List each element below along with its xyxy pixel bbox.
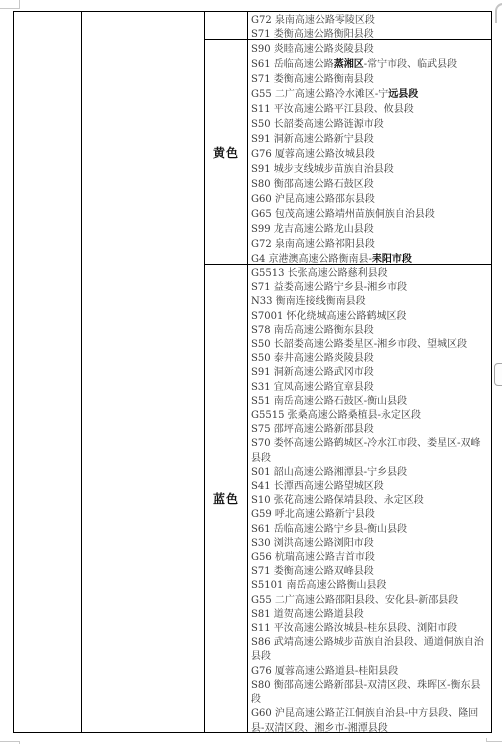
table-row: S50 长韶娄高速公路涟源市段 bbox=[251, 117, 489, 132]
crop-mark-bottom-right-horizontal bbox=[486, 741, 502, 742]
table-row: S50 泰井高速公路炎陵县段 bbox=[251, 352, 489, 366]
row-label-blue: 蓝色 bbox=[205, 265, 248, 732]
column-empty-b bbox=[82, 12, 205, 732]
highway-list-blue: G5513 长张高速公路慈利县段S71 益娄高速公路宁乡县-湘乡市段N33 衡南… bbox=[248, 265, 491, 732]
table-row: S91 洞新高速公路新宁县段 bbox=[251, 132, 489, 147]
table-row: S71 娄衡高速公路双峰县段 bbox=[251, 565, 489, 579]
highway-list-yellow: S90 炎睦高速公路炎陵县段S61 岳临高速公路蒸湘区-常宁市段、临武县段S71… bbox=[248, 40, 491, 265]
table-row: S70 娄怀高速公路鹤城区-冷水江市段、娄星区-双峰县段 bbox=[251, 437, 489, 465]
table-row: N33 衡南连接线衡南县段 bbox=[251, 295, 489, 309]
table-row: S30 浏洪高速公路浏阳市段 bbox=[251, 537, 489, 551]
table-row: S5101 南岳高速公路衡山县段 bbox=[251, 579, 489, 593]
table-row: S71 娄衡高速公路衡阳县段 bbox=[251, 28, 489, 40]
table-row: S31 宜凤高速公路宜章县段 bbox=[251, 381, 489, 395]
table-row: G76 厦蓉高速公路道县-桂阳县段 bbox=[251, 665, 489, 679]
crop-mark-top-left-horizontal bbox=[0, 8, 20, 9]
crop-mark-bottom-right-vertical bbox=[486, 738, 487, 742]
table-row: G60 沪昆高速公路邵东县段 bbox=[251, 192, 489, 207]
table-row: S01 韶山高速公路湘潭县-宁乡县段 bbox=[251, 466, 489, 480]
table-row: S10 张花高速公路保靖县段、永定区段 bbox=[251, 494, 489, 508]
table-row: G72 泉南高速公路零陵区段 bbox=[251, 14, 489, 28]
table-row: S80 衡邵高速公路新邵县-双清区段、珠晖区-衡东县段 bbox=[251, 679, 489, 707]
floating-widget-corner bbox=[495, 3, 502, 23]
table-row: S41 长潭西高速公路望城区段 bbox=[251, 480, 489, 494]
highway-list-top-partial: G72 泉南高速公路零陵区段S71 娄衡高速公路衡阳县段 bbox=[248, 12, 491, 40]
table-row: G5513 长张高速公路慈利县段 bbox=[251, 267, 489, 281]
table-row: S71 娄衡高速公路衡南县段 bbox=[251, 72, 489, 87]
row-label-top-partial bbox=[205, 12, 248, 40]
table-row: G5515 张桑高速公路桑植县-永定区段 bbox=[251, 409, 489, 423]
table-row: G55 二广高速公路冷水滩区-宁远县段 bbox=[251, 87, 489, 102]
table-row: S11 平汝高速公路汝城县-桂东县段、浏阳市段 bbox=[251, 622, 489, 636]
table-row: S75 邵坪高速公路新邵县段 bbox=[251, 423, 489, 437]
row-label-yellow: 黄色 bbox=[205, 40, 248, 265]
table-row: S91 城步支线城步苗族自治县段 bbox=[251, 162, 489, 177]
table-row: S99 龙吉高速公路龙山县段 bbox=[251, 222, 489, 237]
table-row: G59 呼北高速公路新宁县段 bbox=[251, 508, 489, 522]
table-row: S61 岳临高速公路蒸湘区-常宁市段、临武县段 bbox=[251, 57, 489, 72]
table-row: G4 京港澳高速公路衡南县-耒阳市段 bbox=[251, 252, 489, 265]
scrollbar-thumb[interactable] bbox=[494, 363, 502, 386]
table-row: G60 沪昆高速公路芷江侗族自治县-中方县段、隆回县-双清区段、湘乡市-湘潭县段 bbox=[251, 707, 489, 732]
table-row: S91 洞新高速公路武冈市段 bbox=[251, 366, 489, 380]
table-row: G76 厦蓉高速公路汝城县段 bbox=[251, 147, 489, 162]
table-row: S78 南岳高速公路衡东县段 bbox=[251, 324, 489, 338]
table-row: G65 包茂高速公路靖州苗族侗族自治县段 bbox=[251, 207, 489, 222]
table-row: S61 岳临高速公路宁乡县-衡山县段 bbox=[251, 523, 489, 537]
table-row: G55 二广高速公路邵阳县段、安化县-新邵县段 bbox=[251, 594, 489, 608]
table-row: S81 道贺高速公路道县段 bbox=[251, 608, 489, 622]
column-empty-a bbox=[14, 12, 82, 732]
table-row: S7001 怀化绕城高速公路鹤城区段 bbox=[251, 310, 489, 324]
crop-mark-bottom-left-horizontal bbox=[0, 741, 20, 742]
document-page: G72 泉南高速公路零陵区段S71 娄衡高速公路衡阳县段 黄色 S90 炎睦高速… bbox=[0, 0, 502, 744]
highway-sections-table: G72 泉南高速公路零陵区段S71 娄衡高速公路衡阳县段 黄色 S90 炎睦高速… bbox=[13, 11, 492, 733]
crop-mark-top-left-vertical bbox=[19, 0, 20, 8]
table-row: G72 泉南高速公路祁阳县段 bbox=[251, 237, 489, 252]
table-row: S51 南岳高速公路石鼓区-衡山县段 bbox=[251, 395, 489, 409]
table-row: S80 衡邵高速公路石鼓区段 bbox=[251, 177, 489, 192]
table-row: G56 杭瑞高速公路吉首市段 bbox=[251, 551, 489, 565]
table-row: S86 武靖高速公路城步苗族自治县段、通道侗族自治县段 bbox=[251, 636, 489, 664]
table-row: S90 炎睦高速公路炎陵县段 bbox=[251, 42, 489, 57]
table-row: S50 长韶娄高速公路娄星区-湘乡市段、望城区段 bbox=[251, 338, 489, 352]
table-row: S71 益娄高速公路宁乡县-湘乡市段 bbox=[251, 281, 489, 295]
table-row: S11 平汝高速公路平江县段、攸县段 bbox=[251, 102, 489, 117]
